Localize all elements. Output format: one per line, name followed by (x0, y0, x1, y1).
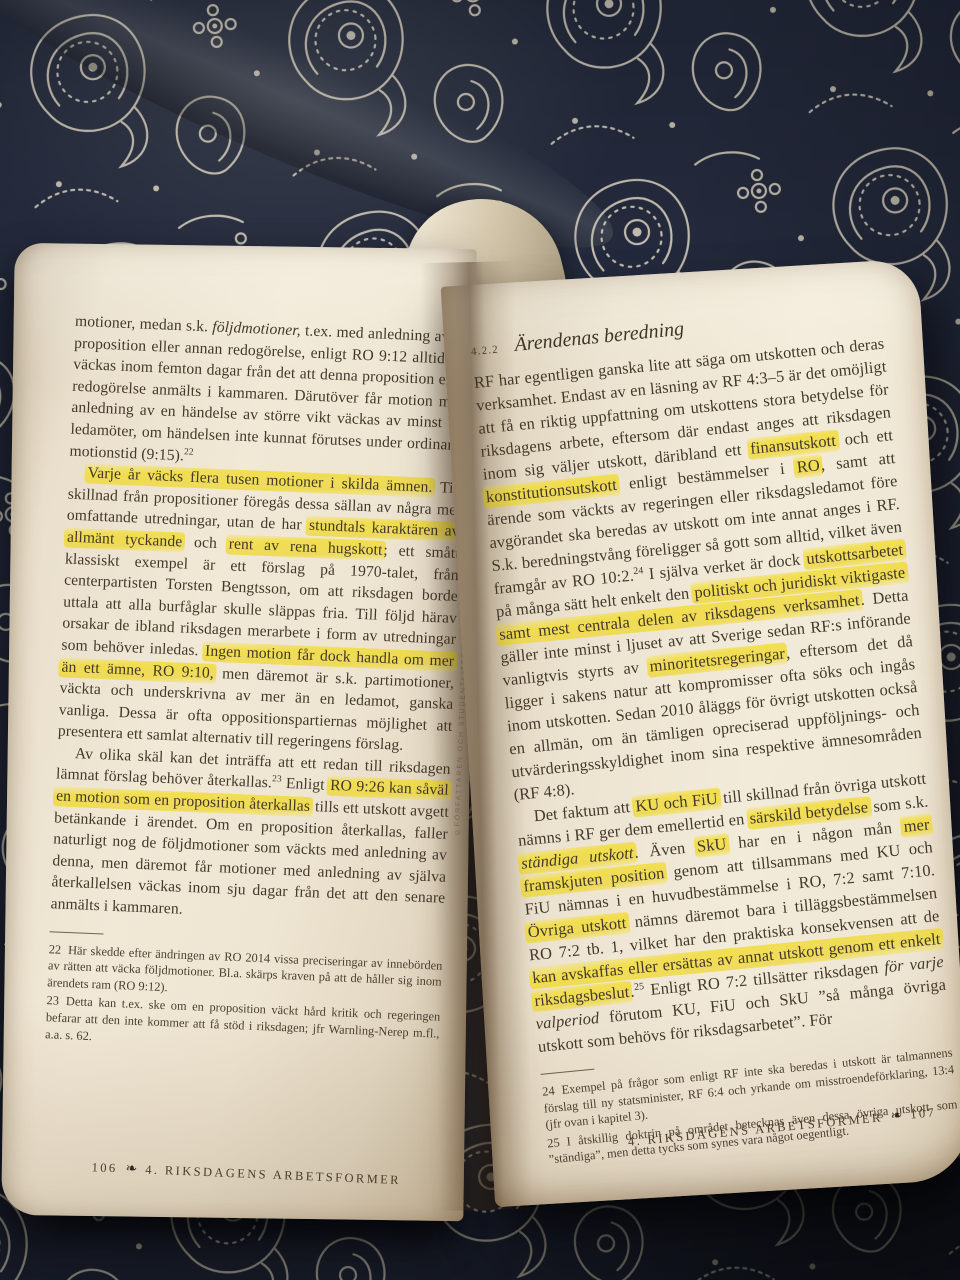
text-segment: tills ett utskott avgett betänkande i är… (50, 798, 449, 918)
aldus-leaf-ornament: ❧ (117, 1161, 145, 1177)
footnote-number: 24 (542, 1084, 556, 1099)
text-segment: som s.k. (868, 791, 929, 816)
footnote-divider (541, 1069, 595, 1075)
page-footer: 106❧4. RIKSDAGENS ARBETSFORMER (91, 1159, 401, 1189)
footnote-reference: 23 (272, 775, 282, 785)
footnote-reference: 22 (184, 447, 194, 457)
left-page: motioner, medan s.k. följdmotioner, t.ex… (1, 243, 477, 1221)
footnote-number: 25 (547, 1135, 561, 1150)
paragraph: Det faktum att KU och FiU till skillnad … (515, 767, 949, 1058)
footnote-text: Här skedde efter ändringen av RO 2014 vi… (47, 943, 443, 994)
right-page-content: 4.2.2Ärendenas beredning RF har egentlig… (441, 241, 960, 1205)
footnotes: 24Exempel på frågor som enligt RF inte s… (541, 1034, 960, 1168)
text-segment: motioner, medan s.k. (75, 313, 213, 336)
page-number: 106 (91, 1160, 118, 1175)
highlighted-text: SkU (693, 833, 730, 858)
paragraph: RF har egentligen ganska lite att säga o… (473, 332, 925, 806)
right-page: 4.2.2Ärendenas beredning RF har egentlig… (441, 258, 960, 1207)
section-title: Ärendenas beredning (514, 318, 685, 356)
paragraph: Av olika skäl kan det inträffa att ett r… (50, 742, 451, 931)
scene: motioner, medan s.k. följdmotioner, t.ex… (0, 0, 960, 1280)
paragraph: Varje år väcks flera tusen motioner i sk… (57, 462, 462, 759)
footnote-number: 22 (48, 942, 61, 957)
left-page-content: motioner, medan s.k. följdmotioner, t.ex… (0, 237, 490, 1227)
text-segment: t.ex. med anledning av en proposition el… (69, 322, 469, 464)
text-segment: Enligt (281, 775, 329, 794)
footnote-number: 23 (46, 994, 59, 1009)
text-segment: och (183, 533, 228, 552)
section-number: 4.2.2 (470, 344, 499, 359)
footnotes: 22Här skedde efter ändringen av RO 2014 … (45, 931, 443, 1059)
paragraph: motioner, medan s.k. följdmotioner, t.ex… (69, 311, 469, 479)
text-segment: ; ett smått klassiskt exempel är ett för… (61, 542, 460, 660)
aldus-leaf-ornament: ❧ (882, 1108, 911, 1126)
running-title: 4. RIKSDAGENS ARBETSFORMER (145, 1162, 401, 1187)
text-segment: följdmotioner, (212, 319, 301, 340)
page-number: 107 (910, 1105, 937, 1121)
text-segment: . Även (633, 837, 696, 862)
text-segment: och ett (836, 425, 894, 449)
footnote-divider (49, 931, 103, 934)
